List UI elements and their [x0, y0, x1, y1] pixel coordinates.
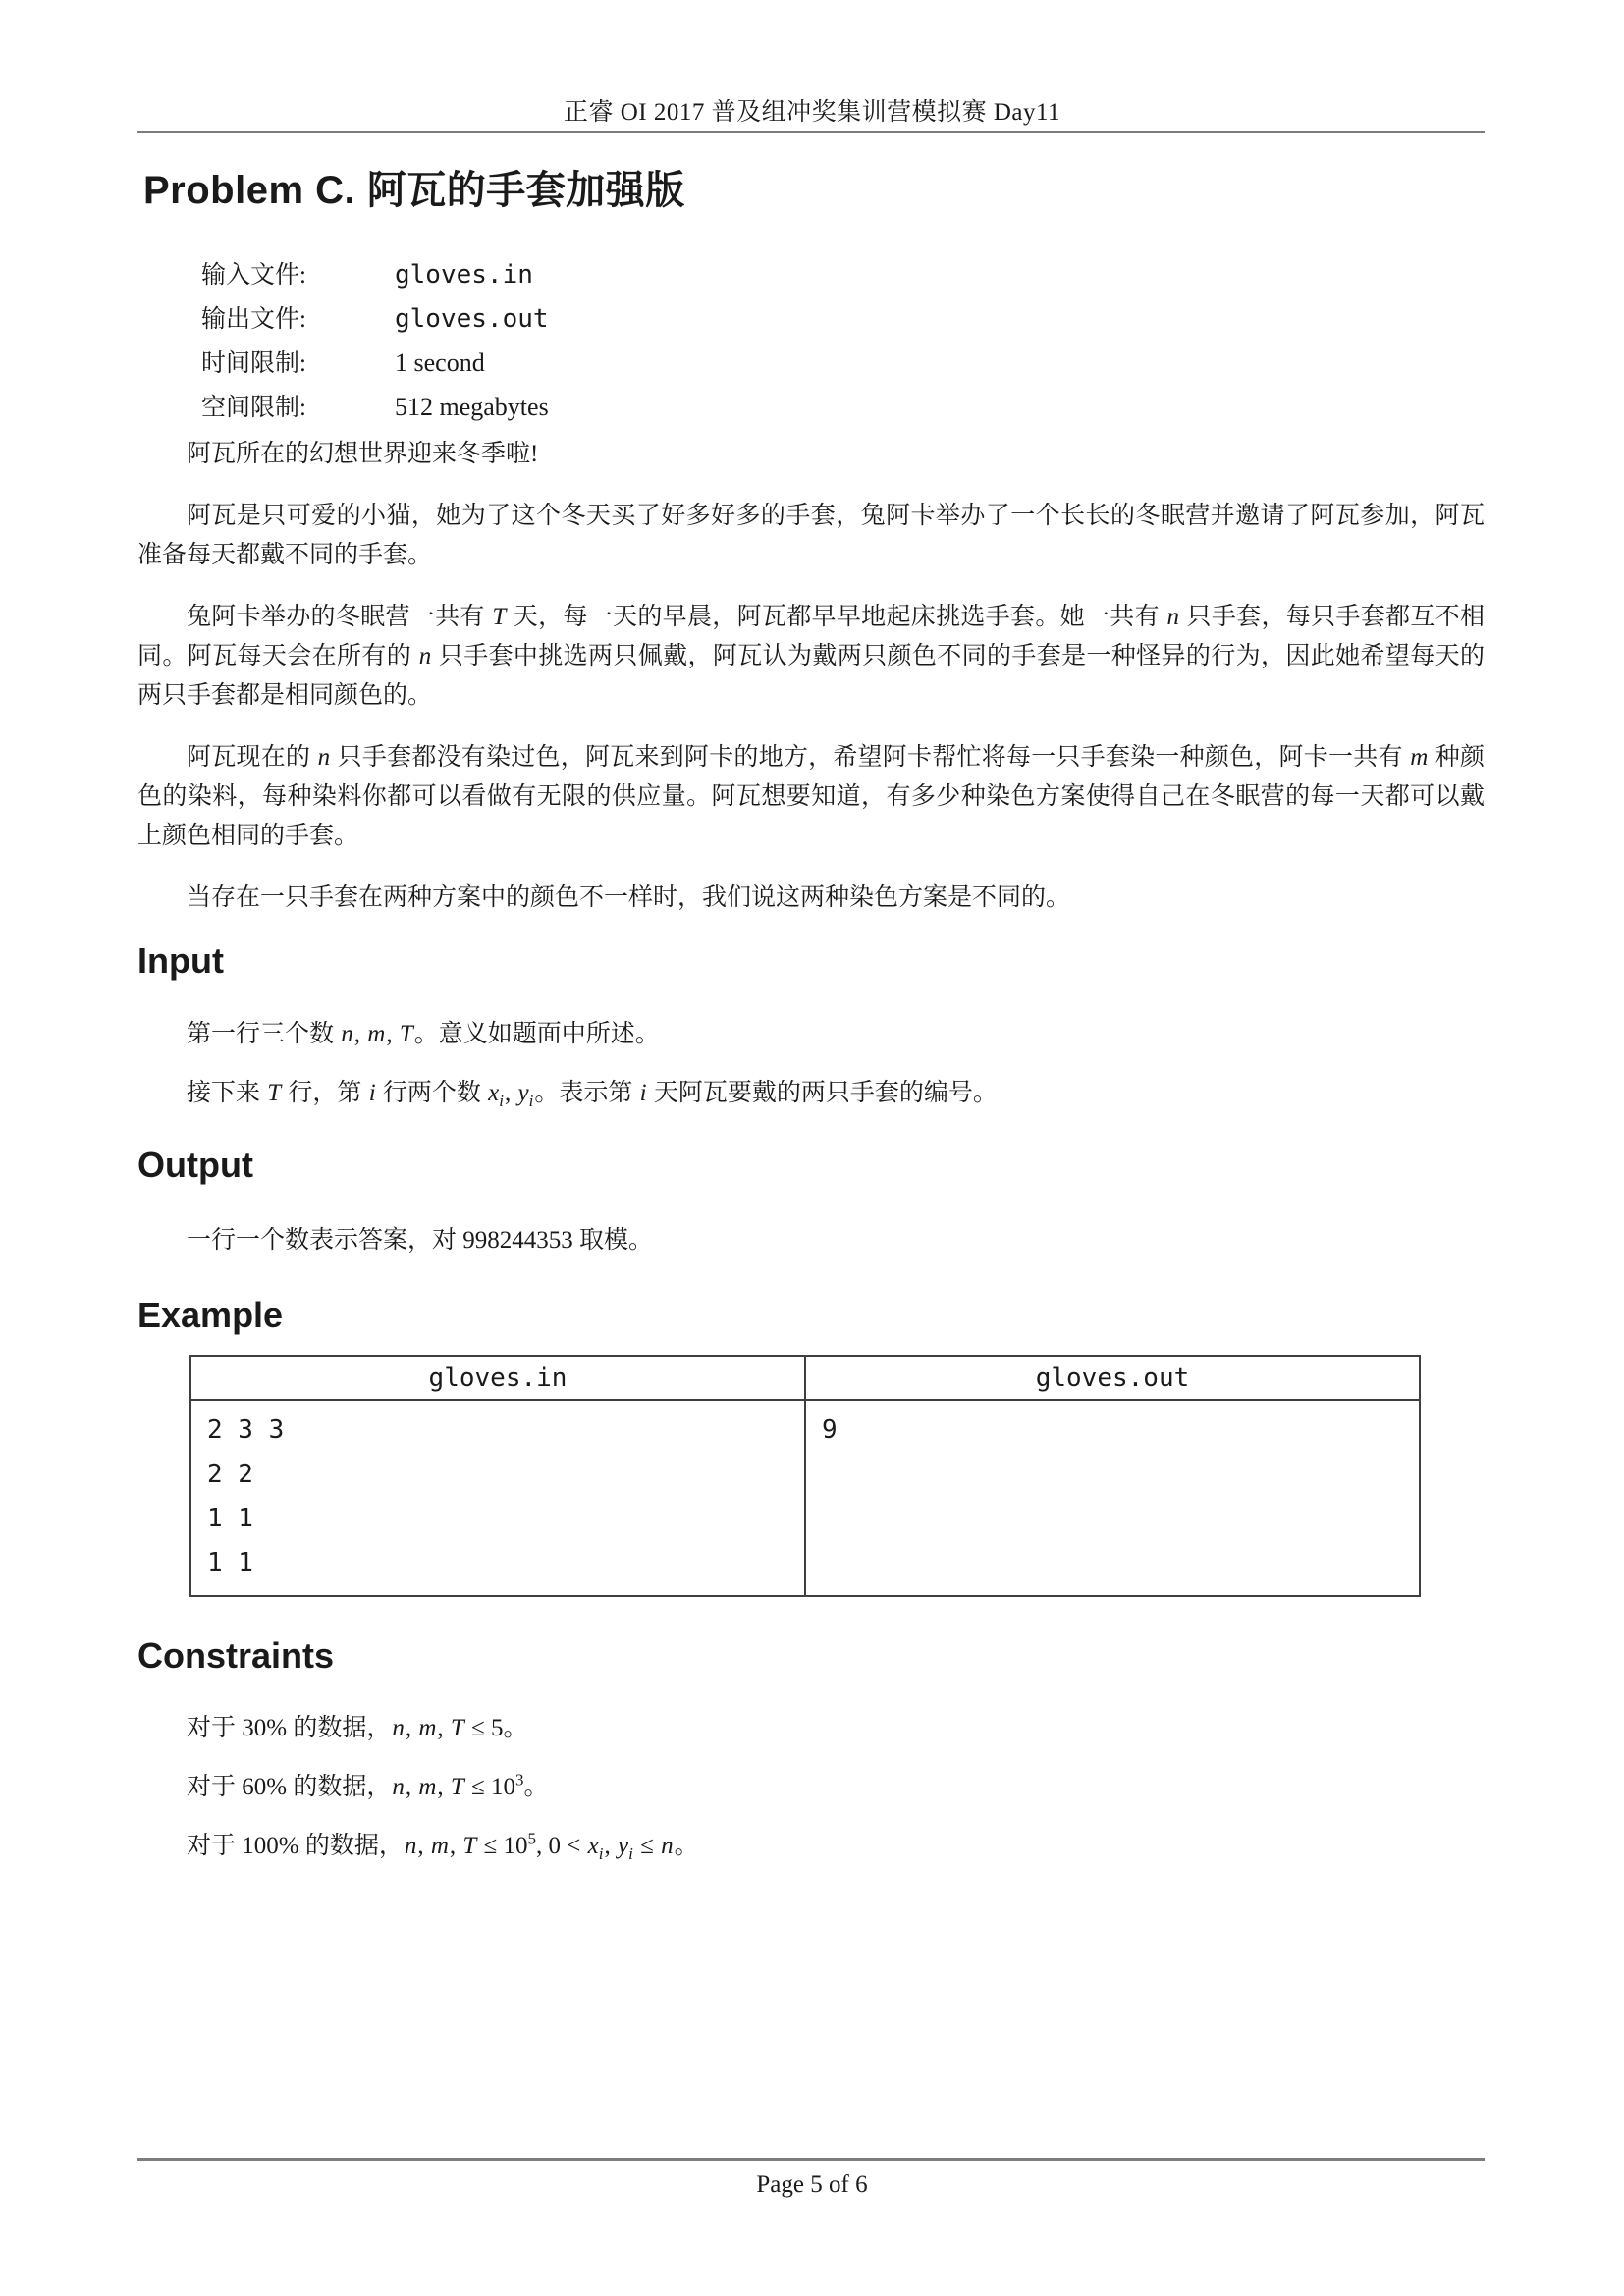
section-heading-input: Input — [137, 940, 1485, 982]
output-paragraph: 一行一个数表示答案，对 998244353 取模。 — [137, 1221, 1485, 1260]
example-output-cell: 9 — [806, 1401, 1419, 1595]
statement-paragraph: 当存在一只手套在两种方案中的颜色不一样时，我们说这两种染色方案是不同的。 — [137, 879, 1485, 918]
meta-row-time-limit: 时间限制:1 second — [201, 342, 1485, 386]
meta-row-output-file: 输出文件:gloves.out — [201, 297, 1485, 342]
input-paragraph: 接下来 T 行，第 i 行两个数 xi, yi。表示第 i 天阿瓦要戴的两只手套… — [137, 1074, 1485, 1113]
meta-label: 时间限制: — [201, 343, 395, 386]
statement-paragraph: 阿瓦现在的 n 只手套都没有染过色，阿瓦来到阿卡的地方，希望阿卡帮忙将每一只手套… — [137, 738, 1485, 856]
constraints-paragraph: 对于 30% 的数据，n, m, T ≤ 5。 — [137, 1709, 1485, 1748]
meta-value-output-file: gloves.out — [395, 304, 549, 334]
meta-label: 输入文件: — [201, 254, 395, 297]
constraints-paragraph: 对于 60% 的数据，n, m, T ≤ 103。 — [137, 1768, 1485, 1807]
input-paragraph: 第一行三个数 n, m, T。意义如题面中所述。 — [137, 1015, 1485, 1054]
meta-row-memory-limit: 空间限制:512 megabytes — [201, 386, 1485, 430]
example-output-column: gloves.out 9 — [804, 1357, 1419, 1595]
page-footer: Page 5 of 6 — [0, 2171, 1624, 2199]
meta-value-memory-limit: 512 megabytes — [395, 393, 549, 421]
statement-paragraph: 兔阿卡举办的冬眠营一共有 T 天，每一天的早晨，阿瓦都早早地起床挑选手套。她一共… — [137, 598, 1485, 716]
footer-rule — [137, 2158, 1485, 2161]
meta-label: 空间限制: — [201, 387, 395, 430]
meta-label: 输出文件: — [201, 298, 395, 342]
problem-title: Problem C. 阿瓦的手套加强版 — [143, 169, 1485, 212]
problem-statement: Problem C. 阿瓦的手套加强版 输入文件:gloves.in 输出文件:… — [137, 0, 1485, 1866]
meta-row-input-file: 输入文件:gloves.in — [201, 253, 1485, 297]
statement-paragraph: 阿瓦所在的幻想世界迎来冬季啦! — [137, 435, 1485, 474]
statement-paragraph: 阿瓦是只可爱的小猫，她为了这个冬天买了好多好多的手套，兔阿卡举办了一个长长的冬眠… — [137, 497, 1485, 575]
example-input-header: gloves.in — [191, 1357, 804, 1401]
section-heading-output: Output — [137, 1145, 1485, 1186]
meta-value-input-file: gloves.in — [395, 260, 533, 290]
example-table: gloves.in 2 3 32 21 11 1 gloves.out 9 — [189, 1355, 1421, 1597]
example-input-cell: 2 3 32 21 11 1 — [191, 1401, 804, 1595]
section-heading-constraints: Constraints — [137, 1635, 1485, 1677]
section-heading-example: Example — [137, 1295, 1485, 1336]
document-page: 正睿 OI 2017 普及组冲奖集训营模拟赛 Day11 Problem C. … — [0, 0, 1624, 2296]
meta-value-time-limit: 1 second — [395, 348, 485, 377]
example-output-header: gloves.out — [806, 1357, 1419, 1401]
example-input-column: gloves.in 2 3 32 21 11 1 — [191, 1357, 804, 1595]
problem-meta: 输入文件:gloves.in 输出文件:gloves.out 时间限制:1 se… — [201, 253, 1485, 430]
constraints-paragraph: 对于 100% 的数据，n, m, T ≤ 105, 0 < xi, yi ≤ … — [137, 1827, 1485, 1866]
